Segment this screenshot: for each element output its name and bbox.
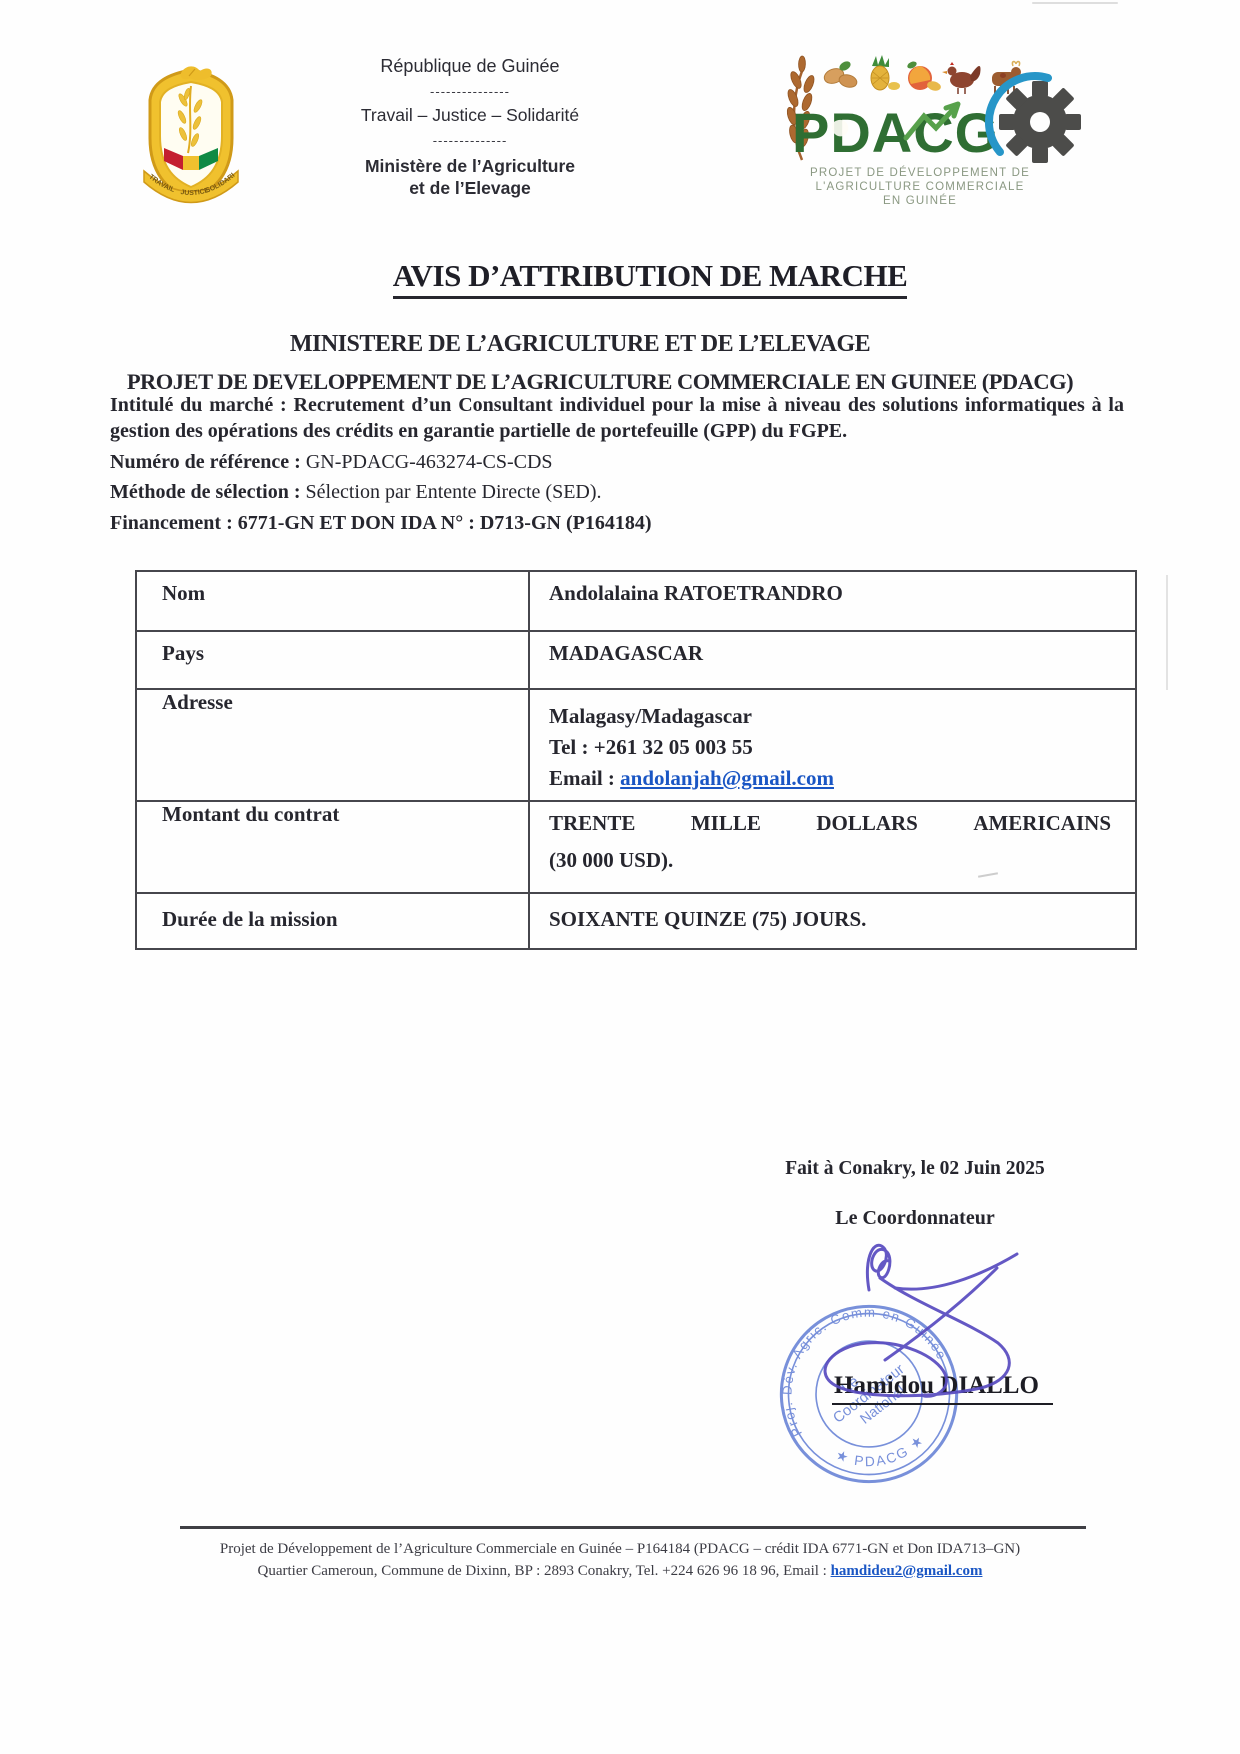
financement-value: 6771-GN ET DON IDA N° : D713-GN (P164184…: [238, 512, 652, 534]
adresse-label: Adresse: [136, 689, 529, 801]
duree-label: Durée de la mission: [136, 893, 529, 949]
pays-value: MADAGASCAR: [529, 631, 1136, 689]
scan-smudge: [1166, 575, 1168, 690]
nom-value: Andolalaina RATOETRANDRO: [529, 571, 1136, 631]
footer-divider: [180, 1526, 1086, 1529]
adresse-line1: Malagasy/Madagascar: [549, 701, 1111, 732]
table-row: Pays MADAGASCAR: [136, 631, 1136, 689]
montant-word: AMERICAINS: [973, 811, 1111, 836]
divider-dashes: --------------: [320, 133, 620, 148]
subtitle-projet: PROJET DE DEVELOPPEMENT DE L’AGRICULTURE…: [108, 369, 1092, 395]
methode-label: Méthode de sélection :: [110, 481, 306, 503]
montant-label: Montant du contrat: [136, 801, 529, 893]
footer-line2: Quartier Cameroun, Commune de Dixinn, BP…: [120, 1560, 1120, 1582]
montant-value: TRENTE MILLE DOLLARS AMERICAINS (30 000 …: [529, 801, 1136, 893]
pdacg-logo: PDACG PROJET DE DÉVELOPPEMENT DE L'AGRIC…: [768, 50, 1082, 210]
document-page: TRAVAIL JUSTICE SOLIDARITÉ République de…: [0, 0, 1240, 1754]
intitule-paragraph: Intitulé du marché : Recrutement d’un Co…: [110, 393, 1124, 444]
reference-value: GN-PDACG-463274-CS-CDS: [306, 451, 553, 473]
scan-speck: [1000, 73, 1006, 78]
document-title: AVIS D’ATTRIBUTION DE MARCHE: [60, 258, 1240, 294]
scan-smudge: [1032, 2, 1118, 4]
republique-line: République de Guinée: [320, 56, 620, 77]
table-row: Adresse Malagasy/Madagascar Tel : +261 3…: [136, 689, 1136, 801]
financement-line: Financement : 6771-GN ET DON IDA N° : D7…: [110, 511, 1124, 536]
pineapple-icon: [871, 55, 900, 90]
reference-label: Numéro de référence :: [110, 451, 306, 473]
duree-value: SOIXANTE QUINZE (75) JOURS.: [529, 893, 1136, 949]
mango-icon: [906, 60, 942, 92]
peanut-icon: [822, 60, 858, 90]
market-details: Intitulé du marché : Recrutement d’un Co…: [110, 393, 1124, 536]
footer-email-link[interactable]: hamdideu2@gmail.com: [831, 1563, 983, 1579]
header-text-block: République de Guinée --------------- Tra…: [320, 56, 620, 200]
handwritten-signature-icon: [785, 1228, 1035, 1443]
logo-subtitle-1: PROJET DE DÉVELOPPEMENT DE: [810, 166, 1030, 179]
devise-line: Travail – Justice – Solidarité: [320, 105, 620, 126]
chicken-icon: [942, 62, 981, 94]
guinea-coat-of-arms-icon: TRAVAIL JUSTICE SOLIDARITÉ: [131, 58, 251, 212]
adresse-value: Malagasy/Madagascar Tel : +261 32 05 003…: [529, 689, 1136, 801]
pays-label: Pays: [136, 631, 529, 689]
divider-dashes: ---------------: [320, 84, 620, 99]
adresse-line3: Email : andolanjah@gmail.com: [549, 763, 1111, 794]
montant-word: TRENTE: [549, 811, 635, 836]
logo-subtitle-3: EN GUINÉE: [883, 194, 957, 207]
footer-contact-text: Quartier Cameroun, Commune de Dixinn, BP…: [258, 1563, 831, 1579]
logo-subtitle-2: L'AGRICULTURE COMMERCIALE: [816, 181, 1025, 193]
ministere-line1: Ministère de l’Agriculture: [320, 156, 620, 178]
methode-line: Méthode de sélection : Sélection par Ent…: [110, 480, 1124, 505]
table-row: Montant du contrat TRENTE MILLE DOLLARS …: [136, 801, 1136, 893]
place-date-line: Fait à Conakry, le 02 Juin 2025: [700, 1158, 1130, 1180]
email-label: Email :: [549, 766, 620, 790]
subtitle-ministere: MINISTERE DE L’AGRICULTURE ET DE L’ELEVA…: [60, 331, 1100, 358]
gear-icon: [989, 76, 1081, 163]
coordinator-role-line: Le Coordonnateur: [700, 1207, 1130, 1230]
dove-icon: [181, 66, 212, 80]
logo-acronym: PDACG: [792, 101, 999, 164]
nom-label: Nom: [136, 571, 529, 631]
methode-value: Sélection par Entente Directe (SED).: [306, 481, 602, 503]
table-row: Durée de la mission SOIXANTE QUINZE (75)…: [136, 893, 1136, 949]
montant-word: DOLLARS: [816, 811, 918, 836]
ministere-line2: et de l’Elevage: [320, 178, 620, 200]
consultant-email-link[interactable]: andolanjah@gmail.com: [620, 766, 834, 790]
montant-word: MILLE: [691, 811, 761, 836]
financement-label: Financement :: [110, 512, 238, 534]
montant-line2: (30 000 USD).: [549, 848, 1111, 873]
reference-line: Numéro de référence : GN-PDACG-463274-CS…: [110, 450, 1124, 475]
table-row: Nom Andolalaina RATOETRANDRO: [136, 571, 1136, 631]
adresse-line2: Tel : +261 32 05 003 55: [549, 732, 1111, 763]
award-table: Nom Andolalaina RATOETRANDRO Pays MADAGA…: [135, 570, 1137, 950]
footer: Projet de Développement de l’Agriculture…: [120, 1538, 1120, 1582]
footer-line1: Projet de Développement de l’Agriculture…: [120, 1538, 1120, 1560]
